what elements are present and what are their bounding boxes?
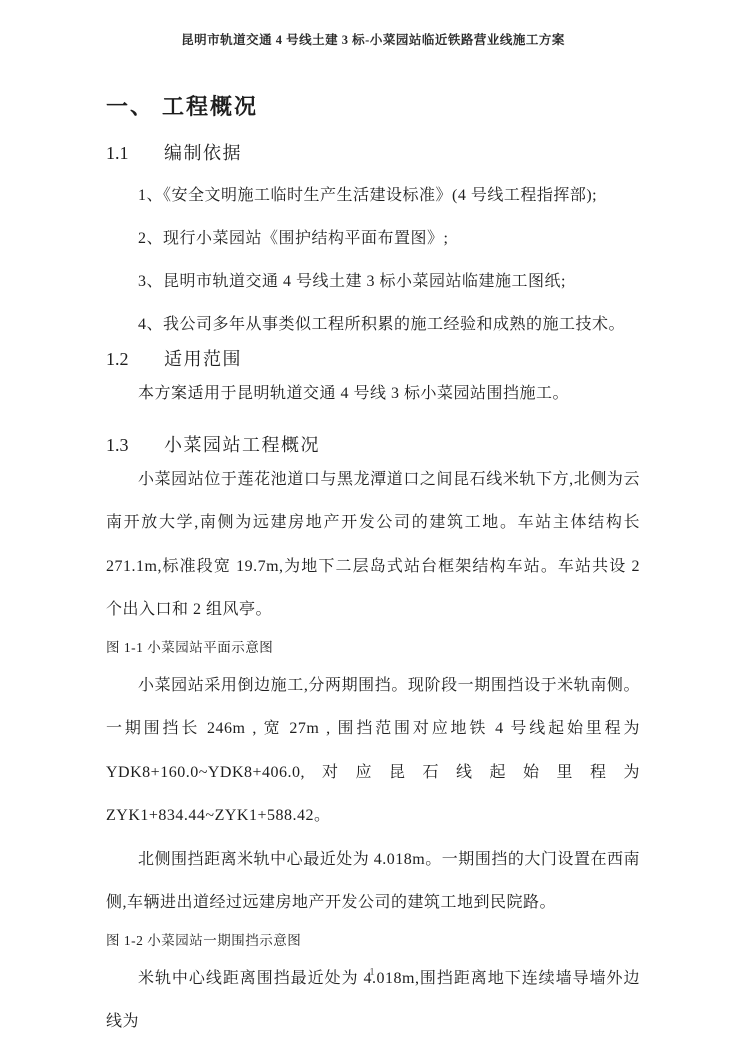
page-number: 1 [0, 966, 744, 978]
subsection-heading-1-1: 1.1编制依据 [106, 140, 640, 166]
paragraph-station-overview: 小菜园站位于莲花池道口与黑龙潭道口之间昆石线米轨下方,北侧为云南开放大学,南侧为… [106, 458, 640, 632]
reference-item: 2、现行小菜园站《围护结构平面布置图》; [106, 217, 640, 260]
paragraph-scope: 本方案适用于昆明轨道交通 4 号线 3 标小菜园站围挡施工。 [106, 372, 640, 416]
document-header-title: 昆明市轨道交通 4 号线土建 3 标-小菜园站临近铁路营业线施工方案 [106, 30, 640, 48]
reference-list: 1、《安全文明施工临时生产生活建设标准》(4 号线工程指挥部); 2、现行小菜园… [106, 174, 640, 346]
reference-item: 1、《安全文明施工临时生产生活建设标准》(4 号线工程指挥部); [106, 174, 640, 217]
subsection-title: 编制依据 [164, 143, 242, 163]
subsection-number: 1.3 [106, 432, 164, 458]
paragraph-enclosure-phases: 小菜园站采用倒边施工,分两期围挡。现阶段一期围挡设于米轨南侧。一期围挡长 246… [106, 664, 640, 838]
subsection-number: 1.2 [106, 346, 164, 372]
paragraph-north-enclosure: 北侧围挡距离米轨中心最近处为 4.018m。一期围挡的大门设置在西南侧,车辆进出… [106, 838, 640, 925]
subsection-title: 适用范围 [164, 349, 242, 369]
reference-item: 3、昆明市轨道交通 4 号线土建 3 标小菜园站临建施工图纸; [106, 260, 640, 303]
subsection-heading-1-2: 1.2适用范围 [106, 346, 640, 372]
figure-caption-1-1: 图 1-1 小菜园站平面示意图 [106, 632, 640, 664]
reference-item: 4、我公司多年从事类似工程所积累的施工经验和成熟的施工技术。 [106, 303, 640, 346]
subsection-heading-1-3: 1.3小菜园站工程概况 [106, 432, 640, 458]
subsection-title: 小菜园站工程概况 [164, 435, 320, 455]
section-heading-1: 一、工程概况 [106, 92, 640, 122]
document-page: 昆明市轨道交通 4 号线土建 3 标-小菜园站临近铁路营业线施工方案 一、工程概… [0, 0, 744, 1052]
section-number: 一、 [106, 92, 162, 122]
subsection-number: 1.1 [106, 140, 164, 166]
figure-caption-1-2: 图 1-2 小菜园站一期围挡示意图 [106, 925, 640, 957]
section-title: 工程概况 [162, 94, 258, 119]
